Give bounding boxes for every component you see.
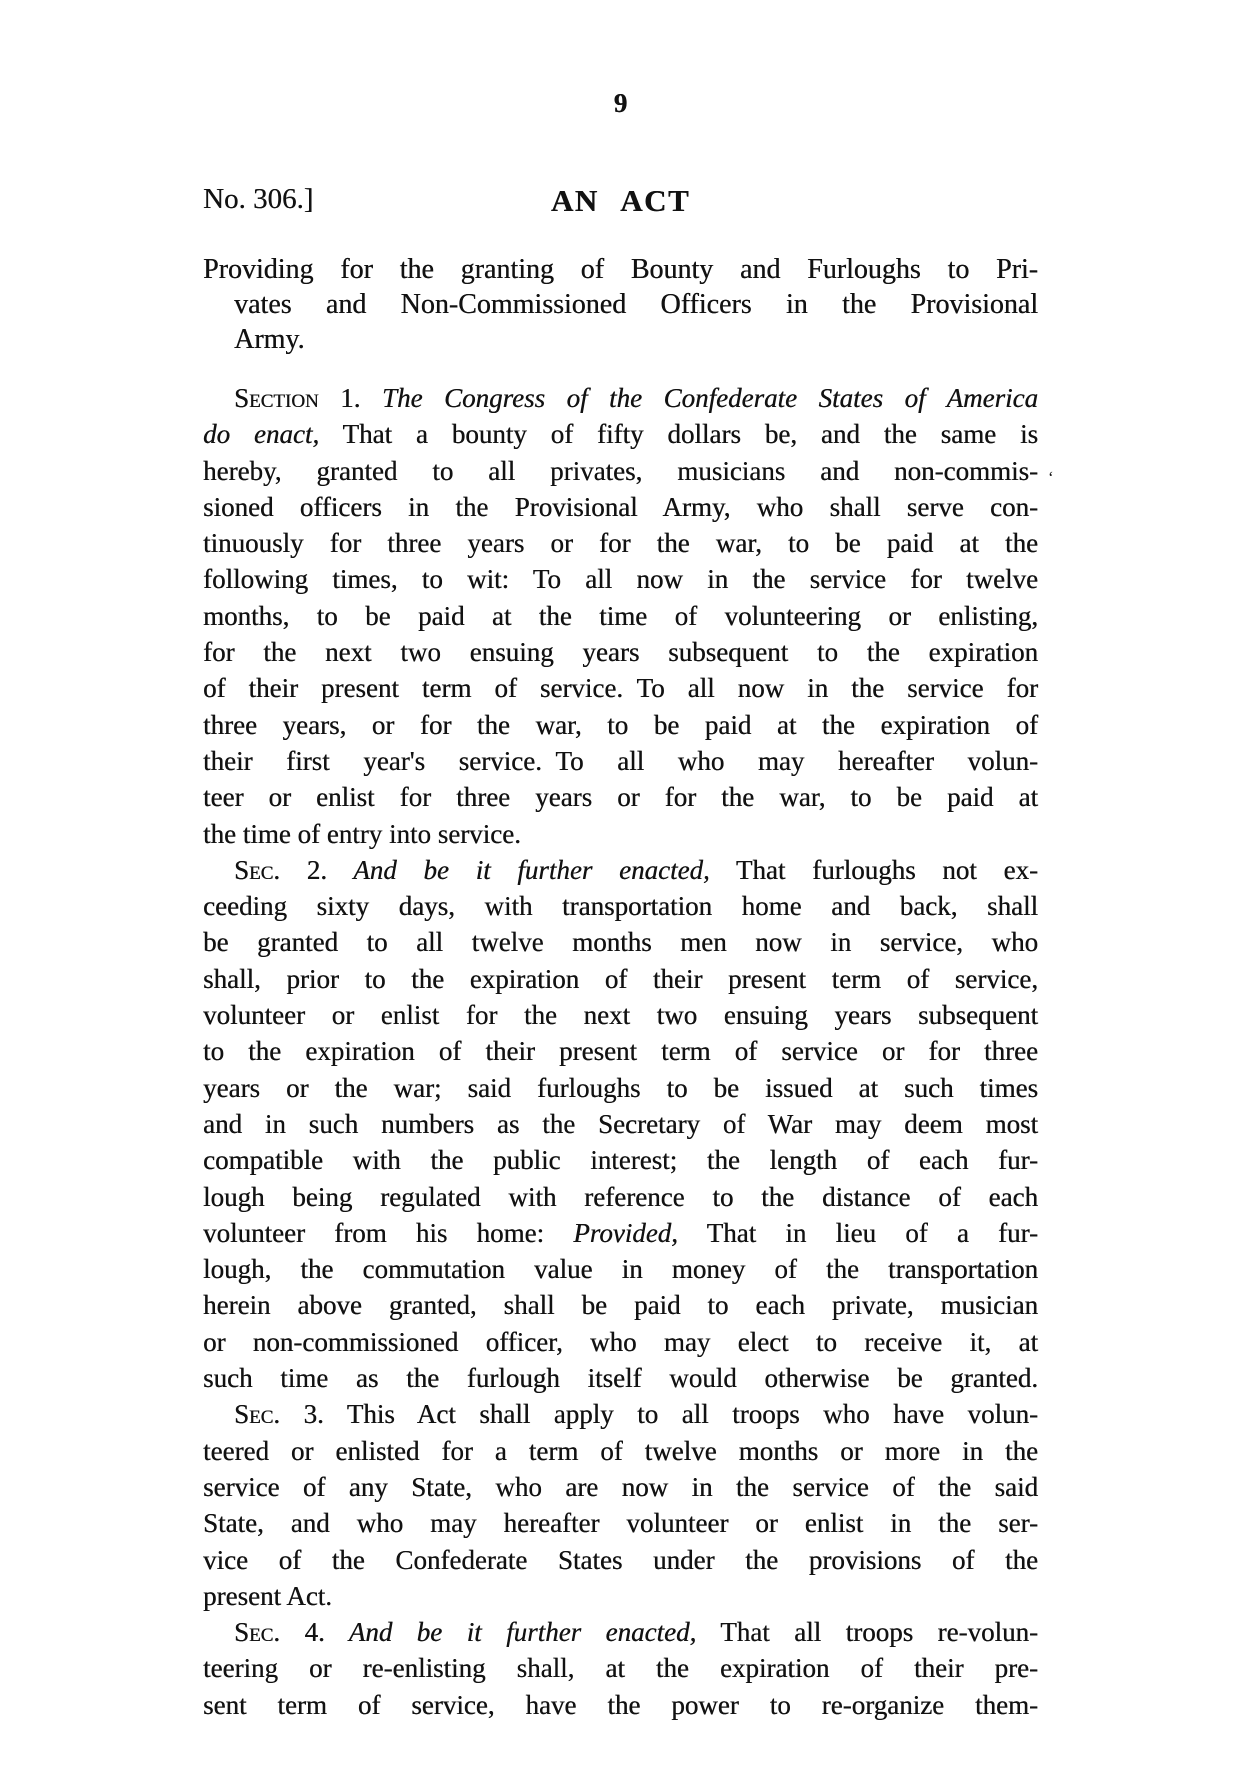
text-line: tinuously for three years or for the war…	[203, 525, 1038, 561]
text-line: teering or re-enlisting shall, at the ex…	[203, 1650, 1038, 1686]
text-segment: following times, to wit: To all now in t…	[203, 564, 1038, 594]
text-line: of their present term of service. To all…	[203, 670, 1038, 706]
text-segment: their first year's service. To all who m…	[203, 746, 1038, 776]
text-line: Army.	[203, 322, 1038, 357]
text-segment: teer or enlist for three years or for th…	[203, 782, 1038, 812]
text-segment: Section 1.	[234, 383, 360, 413]
act-title: Providing for the granting of Bounty and…	[203, 252, 1038, 357]
text-line: hereby, granted to all privates, musicia…	[203, 453, 1038, 489]
act-body: Section 1. The Congress of the Confedera…	[203, 380, 1038, 1723]
text-segment: teered or enlisted for a term of twelve …	[203, 1436, 1038, 1466]
text-segment: Provided,	[573, 1218, 678, 1248]
text-line: their first year's service. To all who m…	[203, 743, 1038, 779]
text-segment: and in such numbers as the Secretary of …	[203, 1109, 1038, 1139]
text-line: sent term of service, have the power to …	[203, 1687, 1038, 1723]
text-segment: to the expiration of their present term …	[203, 1036, 1038, 1066]
text-line: sioned officers in the Provisional Army,…	[203, 489, 1038, 525]
text-segment: months, to be paid at the time of volunt…	[203, 601, 1038, 631]
text-line: to the expiration of their present term …	[203, 1033, 1038, 1069]
text-line: following times, to wit: To all now in t…	[203, 561, 1038, 597]
text-segment: Sec. 3.	[234, 1399, 324, 1429]
text-line: Sec. 2. And be it further enacted, That …	[203, 852, 1038, 888]
text-segment: herein above granted, shall be paid to e…	[203, 1290, 1038, 1320]
scan-artifact-mark: ‘	[1048, 468, 1054, 488]
text-segment: vates and Non-Commissioned Officers in t…	[234, 289, 1038, 320]
text-line: months, to be paid at the time of volunt…	[203, 598, 1038, 634]
text-segment: present Act.	[203, 1581, 332, 1611]
text-line: and in such numbers as the Secretary of …	[203, 1106, 1038, 1142]
text-segment: years or the war; said furloughs to be i…	[203, 1073, 1038, 1103]
text-segment: compatible with the public interest; the…	[203, 1145, 1038, 1175]
text-segment: That in lieu of a fur-	[678, 1218, 1038, 1248]
act-header-row: No. 306.] AN ACT	[203, 183, 1038, 223]
text-line: do enact, That a bounty of fifty dollars…	[203, 416, 1038, 452]
text-segment: Sec. 4.	[234, 1617, 325, 1647]
text-segment: ceeding sixty days, with transportation …	[203, 891, 1038, 921]
text-line: lough, the commutation value in money of…	[203, 1251, 1038, 1287]
text-segment: This Act shall apply to all troops who h…	[324, 1399, 1038, 1429]
text-segment: And be it further enacted,	[325, 1617, 696, 1647]
text-line: State, and who may hereafter volunteer o…	[203, 1505, 1038, 1541]
text-segment: lough being regulated with reference to …	[203, 1182, 1038, 1212]
text-segment: be granted to all twelve months men now …	[203, 927, 1038, 957]
text-line: shall, prior to the expiration of their …	[203, 961, 1038, 997]
text-segment: or non-commissioned officer, who may ele…	[203, 1327, 1038, 1357]
text-line: or non-commissioned officer, who may ele…	[203, 1324, 1038, 1360]
text-segment: lough, the commutation value in money of…	[203, 1254, 1038, 1284]
text-line: vates and Non-Commissioned Officers in t…	[203, 287, 1038, 322]
text-line: Section 1. The Congress of the Confedera…	[203, 380, 1038, 416]
text-line: vice of the Confederate States under the…	[203, 1542, 1038, 1578]
text-segment: of their present term of service. To all…	[203, 673, 1038, 703]
text-line: service of any State, who are now in the…	[203, 1469, 1038, 1505]
text-segment: such time as the furlough itself would o…	[203, 1363, 1038, 1393]
text-segment: vice of the Confederate States under the…	[203, 1545, 1038, 1575]
page-number: 9	[203, 88, 1038, 119]
text-line: such time as the furlough itself would o…	[203, 1360, 1038, 1396]
text-segment: three years, or for the war, to be paid …	[203, 710, 1038, 740]
text-line: teered or enlisted for a term of twelve …	[203, 1433, 1038, 1469]
text-segment: volunteer from his home:	[203, 1218, 573, 1248]
text-line: ceeding sixty days, with transportation …	[203, 888, 1038, 924]
text-line: three years, or for the war, to be paid …	[203, 707, 1038, 743]
text-line: be granted to all twelve months men now …	[203, 924, 1038, 960]
text-segment: Sec. 2.	[234, 855, 327, 885]
text-segment: sent term of service, have the power to …	[203, 1690, 1038, 1720]
text-segment: The Congress of the Confederate States o…	[360, 383, 1038, 413]
text-line: Sec. 3. This Act shall apply to all troo…	[203, 1396, 1038, 1432]
text-line: the time of entry into service.	[203, 816, 1038, 852]
text-segment: service of any State, who are now in the…	[203, 1472, 1038, 1502]
text-segment: sioned officers in the Provisional Army,…	[203, 492, 1038, 522]
text-line: volunteer from his home: Provided, That …	[203, 1215, 1038, 1251]
text-segment: teering or re-enlisting shall, at the ex…	[203, 1653, 1038, 1683]
text-segment: shall, prior to the expiration of their …	[203, 964, 1038, 994]
text-line: volunteer or enlist for the next two ens…	[203, 997, 1038, 1033]
text-segment: That a bounty of fifty dollars be, and t…	[319, 419, 1038, 449]
text-line: herein above granted, shall be paid to e…	[203, 1287, 1038, 1323]
text-segment: do enact,	[203, 419, 319, 449]
text-segment: hereby, granted to all privates, musicia…	[203, 456, 1038, 486]
text-line: teer or enlist for three years or for th…	[203, 779, 1038, 815]
text-segment: volunteer or enlist for the next two ens…	[203, 1000, 1038, 1030]
text-line: Sec. 4. And be it further enacted, That …	[203, 1614, 1038, 1650]
text-segment: State, and who may hereafter volunteer o…	[203, 1508, 1038, 1538]
act-heading: AN ACT	[203, 183, 1038, 219]
text-segment: Providing for the granting of Bounty and…	[203, 254, 1038, 285]
text-line: years or the war; said furloughs to be i…	[203, 1070, 1038, 1106]
text-segment: That all troops re-volun-	[696, 1617, 1038, 1647]
text-line: lough being regulated with reference to …	[203, 1179, 1038, 1215]
text-segment: And be it further enacted,	[327, 855, 710, 885]
text-segment: tinuously for three years or for the war…	[203, 528, 1038, 558]
text-line: for the next two ensuing years subsequen…	[203, 634, 1038, 670]
text-segment: Army.	[234, 324, 305, 355]
text-line: present Act.	[203, 1578, 1038, 1614]
text-line: compatible with the public interest; the…	[203, 1142, 1038, 1178]
text-segment: That furloughs not ex-	[710, 855, 1038, 885]
text-line: Providing for the granting of Bounty and…	[203, 252, 1038, 287]
document-page: 9 No. 306.] AN ACT Providing for the gra…	[0, 0, 1259, 1786]
text-segment: for the next two ensuing years subsequen…	[203, 637, 1038, 667]
text-segment: the time of entry into service.	[203, 819, 521, 849]
